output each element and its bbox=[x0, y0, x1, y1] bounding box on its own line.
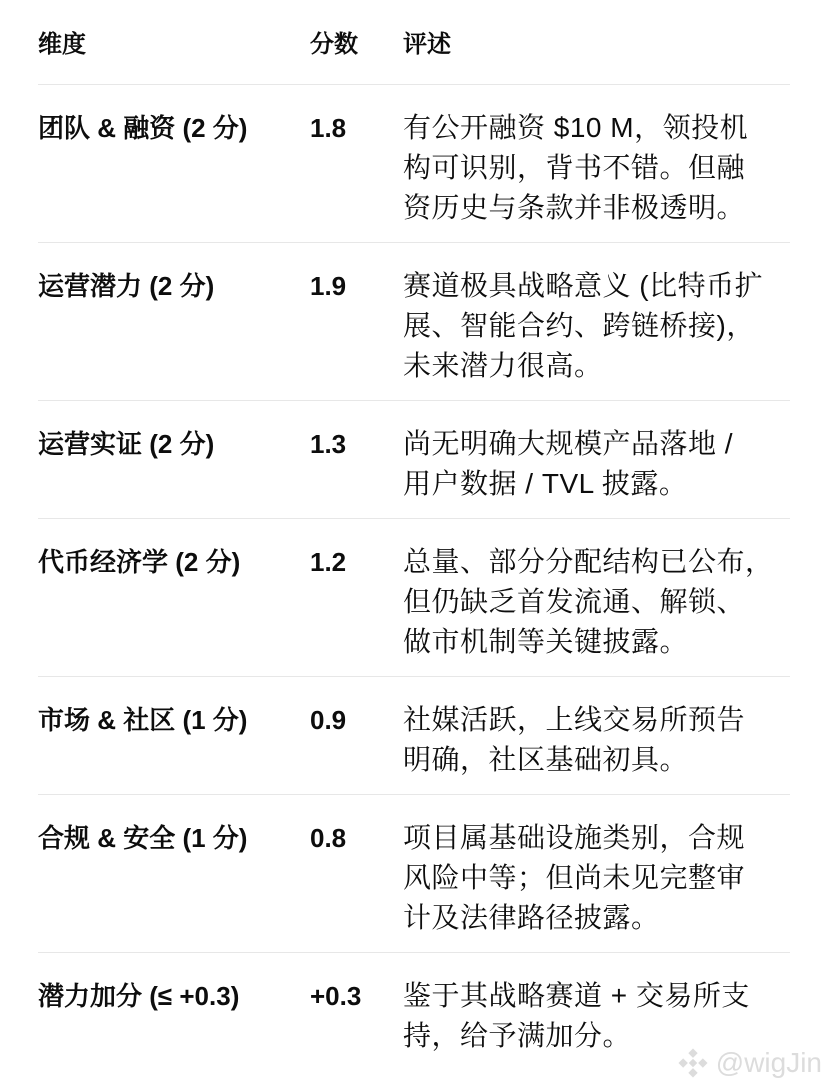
comment-cell: 社媒活跃，上线交易所预告 明确，社区基础初具。 bbox=[403, 700, 790, 780]
table-row: 代币经济学 (2 分) 1.2 总量、部分分配结构已公布， 但仍缺乏首发流通、解… bbox=[38, 519, 790, 677]
score-cell: 1.3 bbox=[310, 424, 403, 504]
table-row: 运营潜力 (2 分) 1.9 赛道极具战略意义 (比特币扩 展、智能合约、跨链桥… bbox=[38, 243, 790, 401]
evaluation-table: 维度 分数 评述 团队 & 融资 (2 分) 1.8 有公开融资 $10 M，领… bbox=[38, 0, 790, 1070]
table-header-row: 维度 分数 评述 bbox=[38, 0, 790, 85]
dimension-cell: 合规 & 安全 (1 分) bbox=[38, 818, 310, 938]
column-header-score: 分数 bbox=[310, 30, 403, 60]
binance-diamond-icon bbox=[678, 1048, 708, 1078]
score-cell: +0.3 bbox=[310, 976, 403, 1056]
comment-cell: 有公开融资 $10 M，领投机 构可识别，背书不错。但融 资历史与条款并非极透明… bbox=[403, 108, 790, 228]
comment-cell: 赛道极具战略意义 (比特币扩 展、智能合约、跨链桥接)， 未来潜力很高。 bbox=[403, 266, 790, 386]
table-row: 团队 & 融资 (2 分) 1.8 有公开融资 $10 M，领投机 构可识别，背… bbox=[38, 85, 790, 243]
score-cell: 0.9 bbox=[310, 700, 403, 780]
dimension-cell: 市场 & 社区 (1 分) bbox=[38, 700, 310, 780]
dimension-cell: 运营潜力 (2 分) bbox=[38, 266, 310, 386]
score-cell: 0.8 bbox=[310, 818, 403, 938]
dimension-cell: 代币经济学 (2 分) bbox=[38, 542, 310, 662]
score-cell: 1.8 bbox=[310, 108, 403, 228]
score-cell: 1.9 bbox=[310, 266, 403, 386]
dimension-cell: 运营实证 (2 分) bbox=[38, 424, 310, 504]
column-header-comment: 评述 bbox=[403, 30, 790, 60]
table-row: 运营实证 (2 分) 1.3 尚无明确大规模产品落地 / 用户数据 / TVL … bbox=[38, 401, 790, 519]
watermark-handle: @wigJin bbox=[716, 1047, 822, 1079]
dimension-cell: 潜力加分 (≤ +0.3) bbox=[38, 976, 310, 1056]
score-cell: 1.2 bbox=[310, 542, 403, 662]
comment-cell: 总量、部分分配结构已公布， 但仍缺乏首发流通、解锁、 做市机制等关键披露。 bbox=[403, 542, 790, 662]
table-row: 合规 & 安全 (1 分) 0.8 项目属基础设施类别，合规 风险中等；但尚未见… bbox=[38, 795, 790, 953]
comment-cell: 尚无明确大规模产品落地 / 用户数据 / TVL 披露。 bbox=[403, 424, 790, 504]
column-header-dimension: 维度 bbox=[38, 30, 310, 60]
table-row: 市场 & 社区 (1 分) 0.9 社媒活跃，上线交易所预告 明确，社区基础初具… bbox=[38, 677, 790, 795]
watermark: @wigJin bbox=[678, 1047, 822, 1079]
comment-cell: 项目属基础设施类别，合规 风险中等；但尚未见完整审 计及法律路径披露。 bbox=[403, 818, 790, 938]
score-table-page: 维度 分数 评述 团队 & 融资 (2 分) 1.8 有公开融资 $10 M，领… bbox=[0, 0, 828, 1083]
comment-cell: 鉴于其战略赛道 + 交易所支 持，给予满加分。 bbox=[403, 976, 790, 1056]
dimension-cell: 团队 & 融资 (2 分) bbox=[38, 108, 310, 228]
